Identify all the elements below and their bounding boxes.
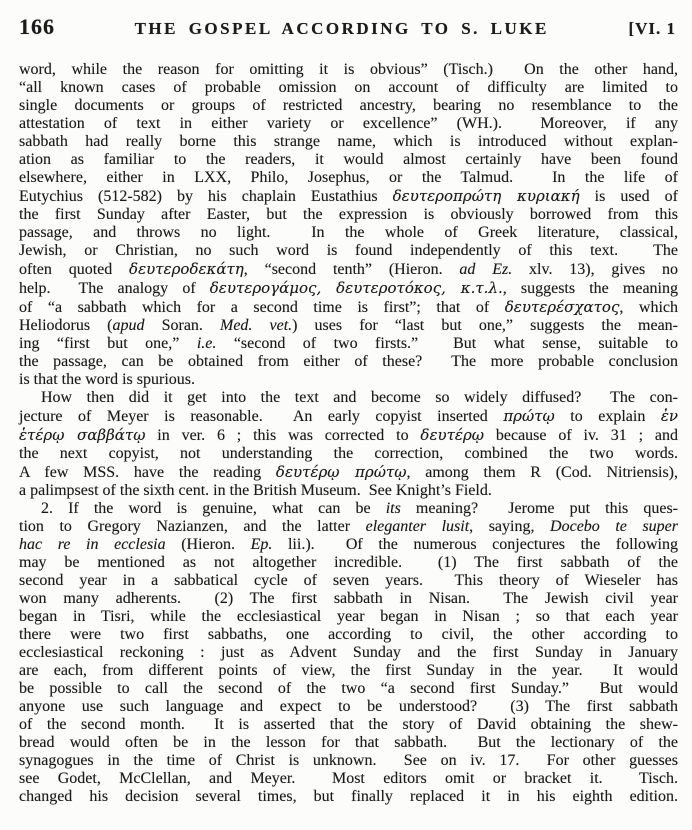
text-segment: synagogues in the time of Christ is unkn…: [19, 752, 678, 769]
greek-text: ἐν: [661, 407, 678, 425]
text-line: second year in a sabbatical cycle of sev…: [19, 572, 678, 590]
text-segment: Eutychius (512-582) by his chaplain Eust…: [19, 188, 393, 205]
text-segment: elsewhere, either in LXX, Philo, Josephu…: [19, 169, 678, 186]
text-segment: because of iv. 31 ; and: [484, 427, 678, 444]
text-segment: is that the word is spurious.: [19, 371, 195, 388]
text-segment: to explain: [555, 408, 661, 425]
text-line: the first Sunday after Easter, but the e…: [19, 206, 678, 224]
greek-text: πρώτῳ: [503, 407, 554, 425]
text-segment: single documents or groups of restricted…: [19, 97, 678, 114]
greek-text: δευτεροπρώτη κυριακή: [393, 187, 580, 205]
text-line: ing “first but one,” i.e. “second of two…: [19, 335, 678, 353]
text-segment: bread would often be in the lesson for t…: [19, 734, 678, 751]
text-segment: , which: [619, 299, 678, 316]
text-segment: passage, and throws no light. In the who…: [19, 224, 678, 241]
text-line: word, while the reason for omitting it i…: [19, 61, 678, 79]
text-segment: , “second tenth” (Hieron.: [244, 261, 460, 278]
greek-text: δευτερέσχατος: [505, 298, 620, 316]
italic-text: ad Ez.: [459, 261, 512, 278]
text-segment: meaning? Jerome put this ques-: [401, 500, 678, 517]
text-segment: of the second month. It is asserted that…: [19, 716, 678, 733]
text-line: tion to Gregory Nazianzen, and the latte…: [19, 518, 678, 536]
italic-text: hac re in ecclesia: [19, 536, 166, 553]
text-line: hac re in ecclesia (Hieron. Ep. lii.). O…: [19, 536, 678, 554]
italic-text: eleganter lusit: [366, 518, 470, 535]
text-line: Eutychius (512-582) by his chaplain Eust…: [19, 187, 678, 206]
text-segment: be possible to call the second of the tw…: [19, 680, 678, 697]
text-segment: , saying,: [469, 518, 550, 535]
text-segment: “all known cases of probable omission on…: [19, 79, 678, 96]
text-line: attestation of text in either variety or…: [19, 115, 678, 133]
text-line: won many adherents. (2) The first sabbat…: [19, 590, 678, 608]
text-line: ecclesiastical reckoning : just as Adven…: [19, 644, 678, 662]
text-line: How then did it get into the text and be…: [19, 389, 678, 407]
text-segment: are each, from different points of view,…: [19, 662, 678, 679]
page-number: 166: [19, 14, 55, 40]
paragraph: word, while the reason for omitting it i…: [19, 61, 678, 389]
paragraph: 2. If the word is genuine, what can be i…: [19, 500, 678, 806]
text-segment: Heliodorus (: [19, 317, 113, 334]
greek-text: δευτερογάμος, δευτεροτόκος, κ.τ.λ.: [210, 279, 503, 297]
text-segment: ation as familiar to the readers, it wou…: [19, 151, 678, 168]
italic-text: Med. vet.: [220, 317, 292, 334]
text-segment: jecture of Meyer is reasonable. An early…: [19, 408, 503, 425]
text-segment: help. The analogy of: [19, 280, 210, 297]
text-line: elsewhere, either in LXX, Philo, Josephu…: [19, 169, 678, 187]
text-line: Heliodorus (apud Soran. Med. vet.) uses …: [19, 317, 678, 335]
text-segment: Jewish, or Christian, no such word is fo…: [19, 242, 678, 259]
text-segment: sabbath had really borne this strange na…: [19, 133, 678, 150]
running-title: THE GOSPEL ACCORDING TO S. LUKE: [55, 19, 628, 39]
text-segment: see Godet, McClellan, and Meyer. Most ed…: [19, 770, 678, 787]
text-segment: ecclesiastical reckoning : just as Adven…: [19, 644, 678, 661]
text-segment: attestation of text in either variety or…: [19, 115, 678, 132]
text-line: may be mentioned as not altogether incre…: [19, 554, 678, 572]
italic-text: apud: [113, 317, 145, 334]
text-line: “all known cases of probable omission on…: [19, 79, 678, 97]
text-segment: ) uses for “last but one,” suggests the …: [292, 317, 678, 334]
text-line: ἑτέρῳ σαββάτῳ in ver. 6 ; this was corre…: [19, 426, 678, 445]
text-line: synagogues in the time of Christ is unkn…: [19, 752, 678, 770]
italic-text: i.e.: [197, 335, 217, 352]
text-line: the next copyist, not understanding the …: [19, 445, 678, 463]
text-segment: , suggests the meaning: [503, 280, 678, 297]
italic-text: its: [386, 500, 401, 517]
text-segment: second year in a sabbatical cycle of sev…: [19, 572, 678, 589]
text-line: a palimpsest of the sixth cent. in the B…: [19, 482, 678, 500]
section-reference: [VI. 1: [628, 19, 676, 39]
text-line: began in Tisri, while the ecclesiastical…: [19, 608, 678, 626]
text-segment: began in Tisri, while the ecclesiastical…: [19, 608, 678, 625]
book-page: 166 THE GOSPEL ACCORDING TO S. LUKE [VI.…: [0, 0, 692, 830]
text-segment: , among them R (Cod. Nitriensis),: [406, 464, 678, 481]
text-line: be possible to call the second of the tw…: [19, 680, 678, 698]
text-segment: lii.). Of the numerous conjectures the f…: [272, 536, 678, 553]
text-segment: won many adherents. (2) The first sabbat…: [19, 590, 678, 607]
body-text: word, while the reason for omitting it i…: [19, 61, 678, 806]
text-segment: ing “first but one,”: [19, 335, 197, 352]
text-line: A few MSS. have the reading δευτέρῳ πρώτ…: [19, 463, 678, 482]
text-segment: word, while the reason for omitting it i…: [19, 61, 678, 78]
text-line: are each, from different points of view,…: [19, 662, 678, 680]
text-line: Jewish, or Christian, no such word is fo…: [19, 242, 678, 260]
text-line: often quoted δευτεροδεκάτη, “second tent…: [19, 260, 678, 279]
text-line: of the second month. It is asserted that…: [19, 716, 678, 734]
greek-text: δευτέρῳ πρώτῳ: [276, 463, 407, 481]
text-segment: a palimpsest of the sixth cent. in the B…: [19, 482, 492, 499]
text-segment: tion to Gregory Nazianzen, and the latte…: [19, 518, 366, 535]
text-line: there were two first sabbaths, one accor…: [19, 626, 678, 644]
text-segment: “second of two firsts.” But what sense, …: [216, 335, 678, 352]
text-segment: there were two first sabbaths, one accor…: [19, 626, 678, 643]
text-segment: A few MSS. have the reading: [19, 464, 276, 481]
text-segment: the first Sunday after Easter, but the e…: [19, 206, 678, 223]
text-line: sabbath had really borne this strange na…: [19, 133, 678, 151]
text-segment: often quoted: [19, 261, 129, 278]
text-segment: xlv. 13), gives no: [512, 261, 678, 278]
greek-text: δευτεροδεκάτη: [129, 260, 244, 278]
text-segment: of “a sabbath which for a second time is…: [19, 299, 505, 316]
text-segment: may be mentioned as not altogether incre…: [19, 554, 678, 571]
text-segment: is used of: [580, 188, 678, 205]
text-segment: changed his decision several times, but …: [19, 788, 678, 805]
text-segment: the passage, can be obtained from either…: [19, 353, 678, 370]
text-line: ation as familiar to the readers, it wou…: [19, 151, 678, 169]
text-line: changed his decision several times, but …: [19, 788, 678, 806]
text-line: is that the word is spurious.: [19, 371, 678, 389]
text-segment: in ver. 6 ; this was corrected to: [145, 427, 420, 444]
text-line: 2. If the word is genuine, what can be i…: [19, 500, 678, 518]
text-segment: 2. If the word is genuine, what can be: [41, 500, 386, 517]
italic-text: Ep.: [251, 536, 273, 553]
paragraph: How then did it get into the text and be…: [19, 389, 678, 500]
text-line: help. The analogy of δευτερογάμος, δευτε…: [19, 279, 678, 298]
text-line: bread would often be in the lesson for t…: [19, 734, 678, 752]
text-line: jecture of Meyer is reasonable. An early…: [19, 407, 678, 426]
text-line: of “a sabbath which for a second time is…: [19, 298, 678, 317]
text-line: single documents or groups of restricted…: [19, 97, 678, 115]
text-segment: Soran.: [145, 317, 220, 334]
text-segment: (Hieron.: [166, 536, 251, 553]
greek-text: ἑτέρῳ σαββάτῳ: [19, 426, 145, 444]
text-line: anyone use such language and expect to b…: [19, 698, 678, 716]
text-line: the passage, can be obtained from either…: [19, 353, 678, 371]
text-segment: the next copyist, not understanding the …: [19, 445, 678, 462]
text-line: see Godet, McClellan, and Meyer. Most ed…: [19, 770, 678, 788]
greek-text: δευτέρῳ: [420, 426, 484, 444]
text-segment: How then did it get into the text and be…: [41, 389, 678, 406]
text-line: passage, and throws no light. In the who…: [19, 224, 678, 242]
text-segment: anyone use such language and expect to b…: [19, 698, 678, 715]
italic-text: Docebo te super: [550, 518, 678, 535]
page-header: 166 THE GOSPEL ACCORDING TO S. LUKE [VI.…: [19, 14, 676, 40]
